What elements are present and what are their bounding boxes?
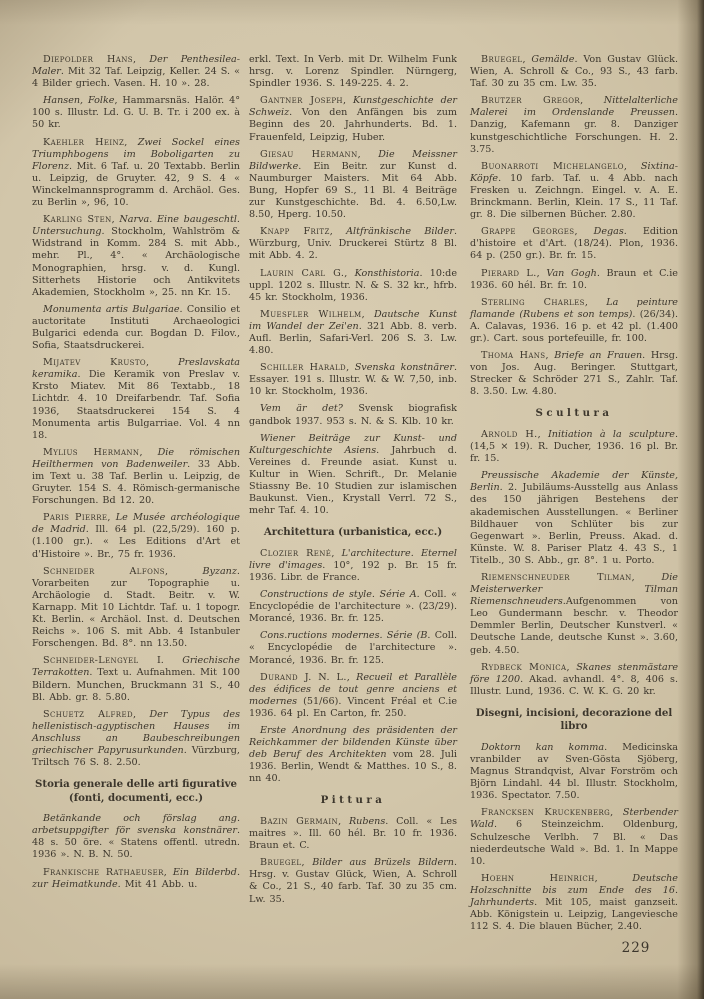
entry-author: Mylius Hermann xyxy=(43,447,139,458)
bibliography-entry: Schneider-Lengyel I. Griechische Terrako… xyxy=(32,655,240,703)
bibliography-entry: Francksen Kruckenberg, Sterbender Wald. … xyxy=(470,807,678,867)
bibliography-entry: Diepolder Hans, Der Penthesilea-Maler. M… xyxy=(32,54,240,90)
entry-details: , xyxy=(343,95,353,106)
entry-title: Altfränkische Bilder xyxy=(346,226,454,237)
column-3: Bruegel, Gemälde. Von Gustav Glück. Wien… xyxy=(470,54,678,938)
entry-author: Muesfler Wilhelm xyxy=(260,309,362,320)
entry-author: Laurin Carl G. xyxy=(260,268,344,279)
bibliography-entry: Erste Anordnung des präsidenten der Reic… xyxy=(249,725,457,785)
section-heading-line: Storia generale delle arti figurative xyxy=(32,778,240,792)
bibliography-entry: Betänkande och förslag ang. arbetsuppgif… xyxy=(32,813,240,861)
entry-author: Pierard L. xyxy=(481,268,537,279)
entry-details: , xyxy=(585,297,606,308)
entry-details: , xyxy=(164,867,173,878)
page-number: 229 xyxy=(616,940,656,956)
bibliography-entry: Doktorn kan komma. Medicinska vranbilder… xyxy=(470,742,678,802)
entry-author: Bruegel xyxy=(481,54,522,65)
section-heading: Architettura (urbanistica, ecc.) xyxy=(249,526,457,540)
entry-author: Riemenschneuder Tilman xyxy=(481,572,632,583)
bibliography-entry: Durand J. N. L., Recueil et Parallèle de… xyxy=(249,672,457,720)
entry-details: , xyxy=(133,54,149,65)
entry-author: Sterling Charles xyxy=(481,297,585,308)
entry-details: I. xyxy=(139,655,183,666)
bibliography-entry: Paris Pierre, Le Musée archéologique de … xyxy=(32,512,240,560)
bibliography-entry: Preussische Akademie der Künste, Berlin.… xyxy=(470,470,678,567)
entry-title: Constructions de style. Série A xyxy=(260,589,417,600)
entry-author: Durand J. N. L. xyxy=(260,672,347,683)
entry-author: Frankische Rathaeuser xyxy=(43,867,164,878)
section-heading-line: Scultura xyxy=(470,407,678,421)
entry-details: , xyxy=(107,512,115,523)
entry-title: Gemälde xyxy=(531,54,574,65)
entry-details: , xyxy=(165,566,202,577)
entry-author: Brutzer Gregor xyxy=(481,95,580,106)
entry-title: Degas xyxy=(594,226,624,237)
bibliography-entry: Rydbeck Monica, Skanes stenmästare före … xyxy=(470,662,678,698)
bibliography-entry: Monumenta artis Bulgariae. Consilio et a… xyxy=(32,304,240,352)
entry-author: Thoma Hans xyxy=(481,350,546,361)
bibliography-entry: Constructions de style. Série A. Coll. «… xyxy=(249,589,457,625)
section-heading: Disegni, incisioni, decorazione del libr… xyxy=(470,707,678,734)
entry-details: , xyxy=(538,429,548,440)
entry-details: . Mit 41 Abb. u. xyxy=(118,879,198,890)
entry-author: Diepolder Hans xyxy=(43,54,133,65)
bibliography-entry: Hansen, Folke, Hammarsnäs. Halör. 4° 100… xyxy=(32,95,240,131)
entry-details: . 10 farb. Taf. u. 4 Abb. nach Fresken u… xyxy=(470,173,678,220)
bibliography-entry: Schuetz Alfred, Der Typus des hellenisti… xyxy=(32,709,240,769)
entry-details: , xyxy=(139,447,157,458)
entry-author: Paris Pierre xyxy=(43,512,107,523)
entry-details: , xyxy=(546,350,555,361)
entry-details: , xyxy=(362,309,374,320)
entry-details: , xyxy=(301,857,312,868)
entry-title: Konsthistoria xyxy=(355,268,420,279)
entry-details: . Mit 32 Taf. Leipzig, Keller. 24 S. « 4… xyxy=(32,66,240,89)
entry-title: Doktorn kan komma xyxy=(481,742,604,753)
entry-author: Bruegel xyxy=(260,857,301,868)
entry-details: , xyxy=(610,807,623,818)
entry-title: Monumenta artis Bulgariae xyxy=(43,304,180,315)
entry-details: . 2. Jubiläums-Ausstellg aus Anlass des … xyxy=(470,482,678,566)
bibliography-entry: Gantner Joseph, Kunstgeschichte der Schw… xyxy=(249,95,457,143)
entry-author: Arnold H. xyxy=(481,429,538,440)
bibliography-entry: Schiller Harald, Svenska konstnärer. Ess… xyxy=(249,362,457,398)
entry-title: Vem är det? xyxy=(260,403,343,414)
bibliography-entry: Pierard L., Van Gogh. Braun et C.ie 1936… xyxy=(470,268,678,292)
bibliography-entry: Arnold H., Initiation à la sculpture. (1… xyxy=(470,429,678,465)
column-2: erkl. Text. In Verb. mit Dr. Wilhelm Fun… xyxy=(249,54,457,911)
bibliography-entry: Thoma Hans, Briefe an Frauen. Hrsg. von … xyxy=(470,350,678,398)
bibliography-entry: Sterling Charles, La peinture flamande (… xyxy=(470,297,678,345)
bibliography-entry: Riemenschneuder Tilman, Die Meisterwerke… xyxy=(470,572,678,657)
bibliography-entry: Giesau Hermann, Die Meissner Bildwerke. … xyxy=(249,149,457,222)
bibliography-entry: Knapp Fritz, Altfränkische Bilder. Würzb… xyxy=(249,226,457,262)
section-heading-line: Disegni, incisioni, decorazione del libr… xyxy=(470,707,678,734)
bibliography-entry: erkl. Text. In Verb. mit Dr. Wilhelm Fun… xyxy=(249,54,457,90)
entry-title: Van Gogh xyxy=(546,268,596,279)
entry-author: Schneider-Lengyel xyxy=(43,655,139,666)
bibliography-entry: Bruegel, Gemälde. Von Gustav Glück. Wien… xyxy=(470,54,678,90)
bibliography-entry: Brutzer Gregor, Nittelalterliche Malerei… xyxy=(470,95,678,155)
entry-details: , xyxy=(344,268,354,279)
section-heading-line: Architettura (urbanistica, ecc.) xyxy=(249,526,457,540)
entry-details: erkl. Text. In Verb. mit Dr. Wilhelm Fun… xyxy=(249,54,457,89)
section-heading: Pittura xyxy=(249,794,457,808)
entry-author: Schiller Harald xyxy=(260,362,346,373)
entry-author: Gantner Joseph xyxy=(260,95,343,106)
bibliography-entry: Laurin Carl G., Konsthistoria. 10:de upp… xyxy=(249,268,457,304)
entry-details: , xyxy=(146,357,178,368)
entry-details: , xyxy=(580,95,604,106)
entry-details: , xyxy=(338,816,349,827)
entry-details: , xyxy=(624,161,641,172)
entry-title: Cons.ructions modernes. Série (B xyxy=(260,630,427,641)
bibliography-entry: Mijatev Krusto, Preslavskata keramika. D… xyxy=(32,357,240,442)
bibliography-entry: Kaehler Heinz, Zwei Sockel eines Triumph… xyxy=(32,137,240,210)
entry-details: , xyxy=(347,672,356,683)
entry-author: Francksen Kruckenberg xyxy=(481,807,610,818)
entry-details: , xyxy=(358,149,379,160)
bibliography-entry: Grappe Georges, Degas. Edition d'histoir… xyxy=(470,226,678,262)
entry-title: Bilder aus Brüzels Bildern xyxy=(312,857,454,868)
bibliography-entry: Vem är det? Svensk biografisk gandbok 19… xyxy=(249,403,457,427)
entry-details: , xyxy=(330,226,346,237)
entry-title: Briefe an Frauen xyxy=(554,350,642,361)
entry-author: Kaehler Heinz xyxy=(43,137,124,148)
bibliography-entry: Mylius Hermann, Die römischen Heiltherme… xyxy=(32,447,240,507)
entry-details: , xyxy=(574,226,593,237)
entry-details: , xyxy=(566,662,576,673)
entry-details: , xyxy=(331,548,341,559)
entry-author: Buonarroti Michelangelo xyxy=(481,161,624,172)
section-heading: Storia generale delle arti figurative(fo… xyxy=(32,778,240,805)
bibliography-entry: Clozier René, L'architecture. Eternel li… xyxy=(249,548,457,584)
entry-author: Hoehn Heinrich xyxy=(481,873,595,884)
entry-author: Grappe Georges xyxy=(481,226,574,237)
column-1: Diepolder Hans, Der Penthesilea-Maler. M… xyxy=(32,54,240,896)
bibliography-entry: Schneider Alfons, Byzanz. Vorarbeiten zu… xyxy=(32,566,240,651)
entry-title: Svenska konstnärer xyxy=(355,362,454,373)
entry-author: Rydbeck Monica xyxy=(481,662,566,673)
entry-title: Initiation à la sculpture xyxy=(548,429,675,440)
entry-author: Karling Sten xyxy=(43,214,112,225)
entry-author: Schuetz Alfred xyxy=(43,709,133,720)
bibliography-entry: Frankische Rathaeuser, Ein Bilderbd. zur… xyxy=(32,867,240,891)
entry-details: , xyxy=(124,137,137,148)
entry-details: . Vorarbeiten zur Topographie u. Archäol… xyxy=(32,566,240,650)
bibliography-entry: Bruegel, Bilder aus Brüzels Bildern. Hrs… xyxy=(249,857,457,905)
entry-title: Rubens xyxy=(349,816,385,827)
entry-title: Hansen, Folke xyxy=(43,95,114,106)
entry-details: , xyxy=(346,362,355,373)
entry-details: , xyxy=(632,572,662,583)
bibliography-entry: Muesfler Wilhelm, Dautsche Kunst im Wand… xyxy=(249,309,457,357)
entry-author: Giesau Hermann xyxy=(260,149,358,160)
entry-details: , xyxy=(537,268,547,279)
entry-author: Knapp Fritz xyxy=(260,226,330,237)
entry-author: Mijatev Krusto xyxy=(43,357,146,368)
section-heading: Scultura xyxy=(470,407,678,421)
entry-title: Betänkande och förslag ang. arbetsuppgif… xyxy=(32,813,240,836)
entry-author: Bazin Germain xyxy=(260,816,338,827)
section-heading-line: (fonti, documenti, ecc.) xyxy=(32,792,240,806)
section-heading-line: Pittura xyxy=(249,794,457,808)
bibliography-entry: Hoehn Heinrich, Deutsche Holzschnitte bi… xyxy=(470,873,678,933)
entry-author: Clozier René xyxy=(260,548,331,559)
bibliography-entry: Buonarroti Michelangelo, Sixtina-Köpfe. … xyxy=(470,161,678,221)
bibliography-entry: Karling Sten, Narva. Eine baugeschtl. Un… xyxy=(32,214,240,299)
bibliography-entry: Wiener Beiträge zur Kunst- und Kulturges… xyxy=(249,433,457,518)
bibliography-entry: Bazin Germain, Rubens. Coll. « Les maitr… xyxy=(249,816,457,852)
bibliography-entry: Cons.ructions modernes. Série (B. Coll. … xyxy=(249,630,457,666)
entry-author: Schneider Alfons xyxy=(43,566,165,577)
entry-details: , xyxy=(595,873,633,884)
entry-details: . 6 Steinzeichm. Oldenburg, Schulzesche … xyxy=(470,819,678,866)
entry-details: , xyxy=(133,709,149,720)
entry-title: Byzanz xyxy=(202,566,236,577)
